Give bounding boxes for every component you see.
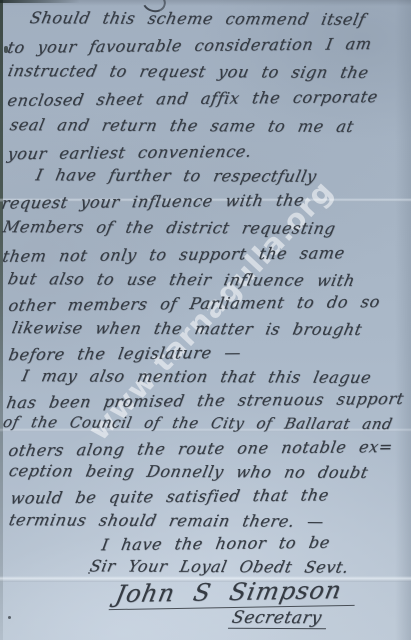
paper-top-edge (0, 0, 80, 3)
letter-line: terminus should remain there. — (7, 510, 326, 531)
ink-speck (88, 572, 90, 574)
letter-line: instructed to request you to sign the (6, 61, 370, 82)
letter-line: I have further to respectfully (34, 165, 318, 185)
ink-speck (4, 46, 8, 53)
letter-line: Should this scheme commend itself (28, 8, 367, 29)
letter-line: ception being Donnelly who no doubt (7, 461, 370, 482)
letter-line: likewise when the matter is brought (10, 318, 364, 339)
letter-line: to your favourable consideration I am (6, 34, 373, 57)
letter-line: before the legislature — (7, 343, 242, 364)
letter-line: them not only to support the same (1, 243, 346, 266)
letter-line: would be quite satisfied that the (9, 485, 330, 507)
letter-line: your earliest convenience. (6, 142, 253, 164)
ink-speck (8, 616, 11, 619)
letter-line: request your influence with the (0, 190, 306, 212)
letter-line: seal and return the same to me at (8, 115, 355, 136)
letter-line: Members of the district requesting (1, 217, 337, 238)
letter-line: others along the route one notable ex= (7, 437, 394, 460)
letter-line: Sir Your Loyal Obedt Sevt. (88, 556, 350, 576)
letter-line: of the Council of the City of Ballarat a… (1, 413, 394, 433)
letter-line: but also to use their influence with (6, 269, 357, 290)
letter-line: enclosed sheet and affix the corporate (6, 87, 379, 110)
letter-line: I may also mention that this league (20, 366, 373, 387)
signature-title: Secretary (228, 608, 330, 630)
paper-edge-shadow (0, 0, 3, 640)
letter-line: has been promised the strenuous support (5, 389, 405, 412)
letter-page: www.tarnagulla.org Should this scheme co… (0, 0, 411, 640)
letter-line: I have the honor to be (100, 533, 331, 554)
signature: John S Simpson (109, 576, 361, 610)
scanned-letter-screenshot: { "letter": { "description": "Scanned pa… (0, 0, 411, 640)
letter-line: other members of Parliament to do so (7, 292, 382, 315)
